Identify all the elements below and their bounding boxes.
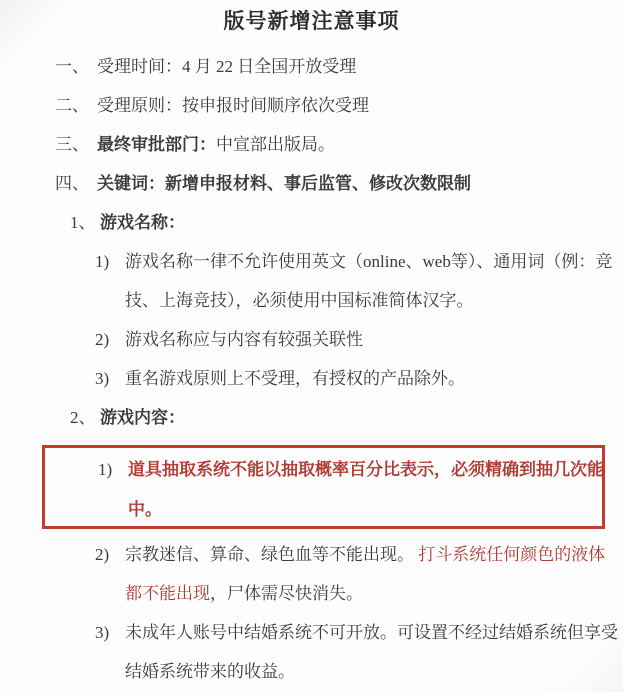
- text-segment: 关键词：新增申报材料、事后监管、修改次数限制: [97, 174, 471, 193]
- text-segment: 打斗系统任何颜色的液体: [414, 545, 605, 564]
- list-item: 一、受理时间：4 月 22 日全国开放受理: [0, 55, 623, 79]
- document-body-top: 一、受理时间：4 月 22 日全国开放受理二、受理原则：按申报时间顺序依次受理三…: [0, 55, 623, 430]
- text-segment: 重名游戏原则上不受理，有授权的产品除外。: [125, 369, 465, 388]
- list-marker: 1): [95, 250, 125, 274]
- text-segment: 中宣部出版局。: [216, 135, 335, 154]
- list-item: 1)游戏名称一律不允许使用英文（online、web等）、通用词（例：竞: [0, 250, 623, 274]
- list-marker: 1): [98, 458, 128, 482]
- list-marker: 一、: [55, 55, 97, 79]
- list-marker: 1、: [70, 211, 100, 235]
- list-item: 中。: [45, 498, 596, 522]
- list-marker: 2): [95, 328, 125, 352]
- text-segment: 都不能出现: [125, 584, 210, 603]
- list-marker: 四、: [55, 172, 97, 196]
- document-page: 版号新增注意事项 一、受理时间：4 月 22 日全国开放受理二、受理原则：按申报…: [0, 0, 623, 684]
- text-segment: 中。: [128, 500, 162, 519]
- text-segment: 游戏名称一律不允许使用英文（online、web等）、通用词（例：竞: [125, 252, 612, 271]
- text-segment: 技、上海竞技），必须使用中国标准简体汉字。: [125, 291, 474, 310]
- text-segment: 游戏名称应与内容有较强关联性: [125, 330, 363, 349]
- page-title: 版号新增注意事项: [0, 8, 623, 34]
- list-marker: 3): [95, 367, 125, 391]
- list-marker: 2、: [70, 406, 100, 430]
- list-item: 1、游戏名称：: [0, 211, 623, 235]
- text-segment: 游戏内容：: [100, 408, 185, 427]
- text-segment: 道具抽取系统不能以抽取概率百分比表示，必须精确到抽几次能: [128, 460, 604, 479]
- text-segment: 游戏名称：: [100, 213, 185, 232]
- list-item: 1)道具抽取系统不能以抽取概率百分比表示，必须精确到抽几次能: [45, 458, 596, 482]
- highlight-box: 1)道具抽取系统不能以抽取概率百分比表示，必须精确到抽几次能中。: [42, 445, 605, 529]
- text-segment: 受理原则：按申报时间顺序依次受理: [97, 96, 369, 115]
- list-item: 2)游戏名称应与内容有较强关联性: [0, 328, 623, 352]
- list-marker: 2): [95, 543, 125, 567]
- text-segment: 未成年人账号中结婚系统不可开放。可设置不经过结婚系统但享受: [125, 623, 618, 642]
- text-segment: 结婚系统带来的收益。: [125, 662, 295, 681]
- list-item: 四、关键词：新增申报材料、事后监管、修改次数限制: [0, 172, 623, 196]
- list-item: 三、最终审批部门：中宣部出版局。: [0, 133, 623, 157]
- text-segment: 宗教迷信、算命、绿色血等不能出现。: [125, 545, 414, 564]
- list-item: 都不能出现，尸体需尽快消失。: [0, 582, 623, 606]
- text-segment: ，尸体需尽快消失。: [210, 584, 363, 603]
- list-marker: 二、: [55, 94, 97, 118]
- list-item: 技、上海竞技），必须使用中国标准简体汉字。: [0, 289, 623, 313]
- list-item: 3)未成年人账号中结婚系统不可开放。可设置不经过结婚系统但享受: [0, 621, 623, 645]
- list-marker: 三、: [55, 133, 97, 157]
- list-item: 2)宗教迷信、算命、绿色血等不能出现。 打斗系统任何颜色的液体: [0, 543, 623, 567]
- list-item: 3)重名游戏原则上不受理，有授权的产品除外。: [0, 367, 623, 391]
- list-marker: 3): [95, 621, 125, 645]
- list-item: 2、游戏内容：: [0, 406, 623, 430]
- text-segment: 最终审批部门：: [97, 135, 216, 154]
- list-item: 结婚系统带来的收益。: [0, 660, 623, 684]
- document-body-bottom: 2)宗教迷信、算命、绿色血等不能出现。 打斗系统任何颜色的液体都不能出现，尸体需…: [0, 543, 623, 684]
- list-item: 二、受理原则：按申报时间顺序依次受理: [0, 94, 623, 118]
- text-segment: 受理时间：4 月 22 日全国开放受理: [97, 57, 356, 76]
